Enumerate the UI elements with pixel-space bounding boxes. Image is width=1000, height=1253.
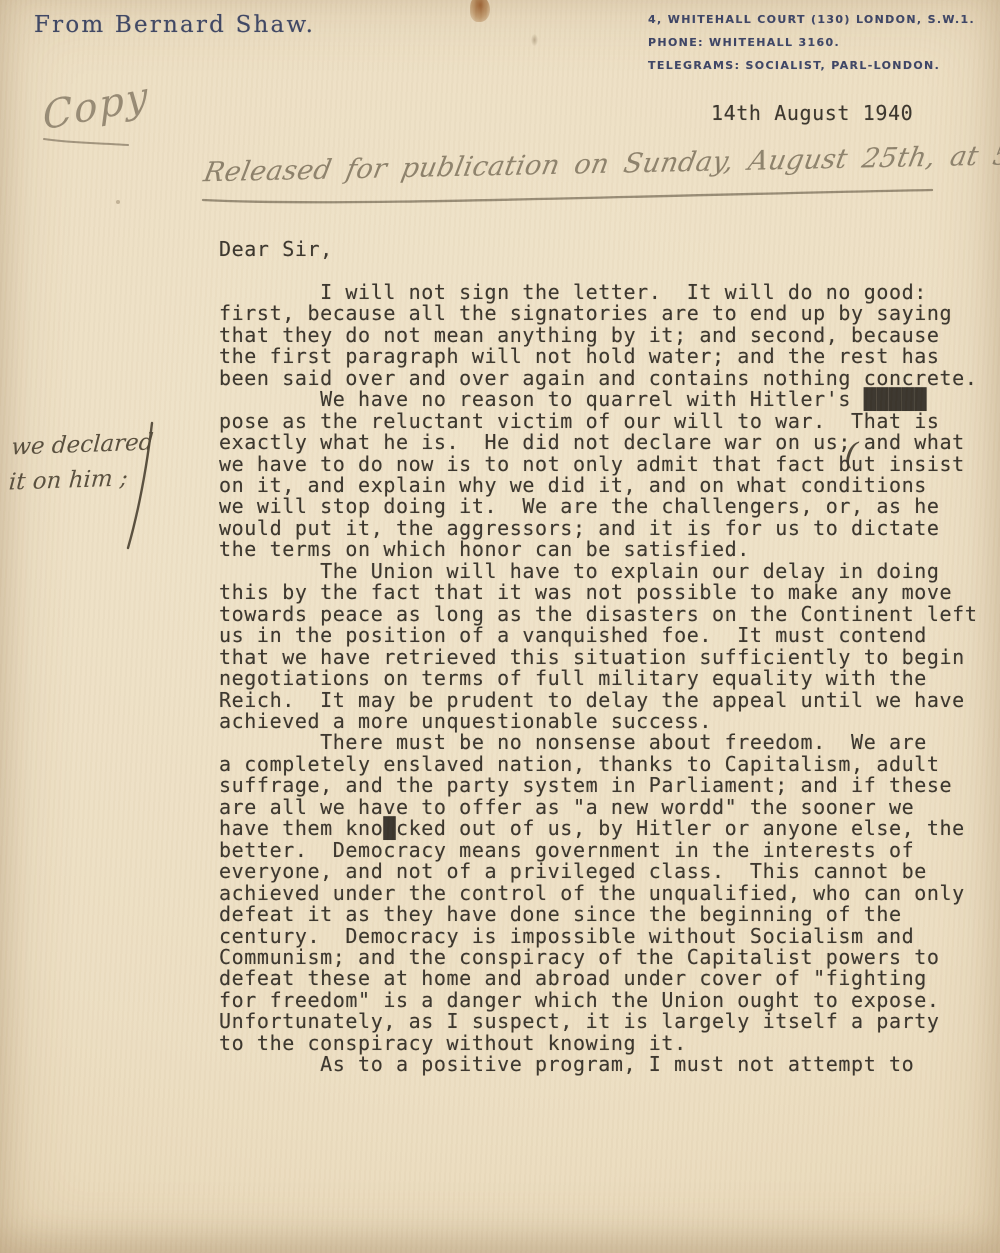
margin-handwritten-note: we declared it on him ; [8,425,155,500]
release-note-underline [203,190,932,202]
address-line-2: PHONE: WHITEHALL 3160. [648,31,975,54]
letterhead-address: 4, WHITEHALL COURT (130) LONDON, S.W.1. … [648,8,975,77]
letterhead-from: From Bernard Shaw. [34,12,315,38]
date-line: 14th August 1940 [711,101,913,125]
address-line-1: 4, WHITEHALL COURT (130) LONDON, S.W.1. [648,8,975,31]
ink-stain [470,0,490,22]
address-line-3: TELEGRAMS: SOCIALIST, PARL-LONDON. [648,54,975,77]
paper-speck [116,200,120,204]
copy-note-underline [44,139,128,145]
smudge-mark [531,34,538,46]
letter-body: Dear Sir, I will not sign the letter. It… [219,239,977,1076]
copy-handwritten-note: Copy [42,73,151,139]
release-handwritten-note: Released for publication on Sunday, Augu… [201,139,1000,189]
letter-page: From Bernard Shaw. 4, WHITEHALL COURT (1… [0,0,1000,1253]
